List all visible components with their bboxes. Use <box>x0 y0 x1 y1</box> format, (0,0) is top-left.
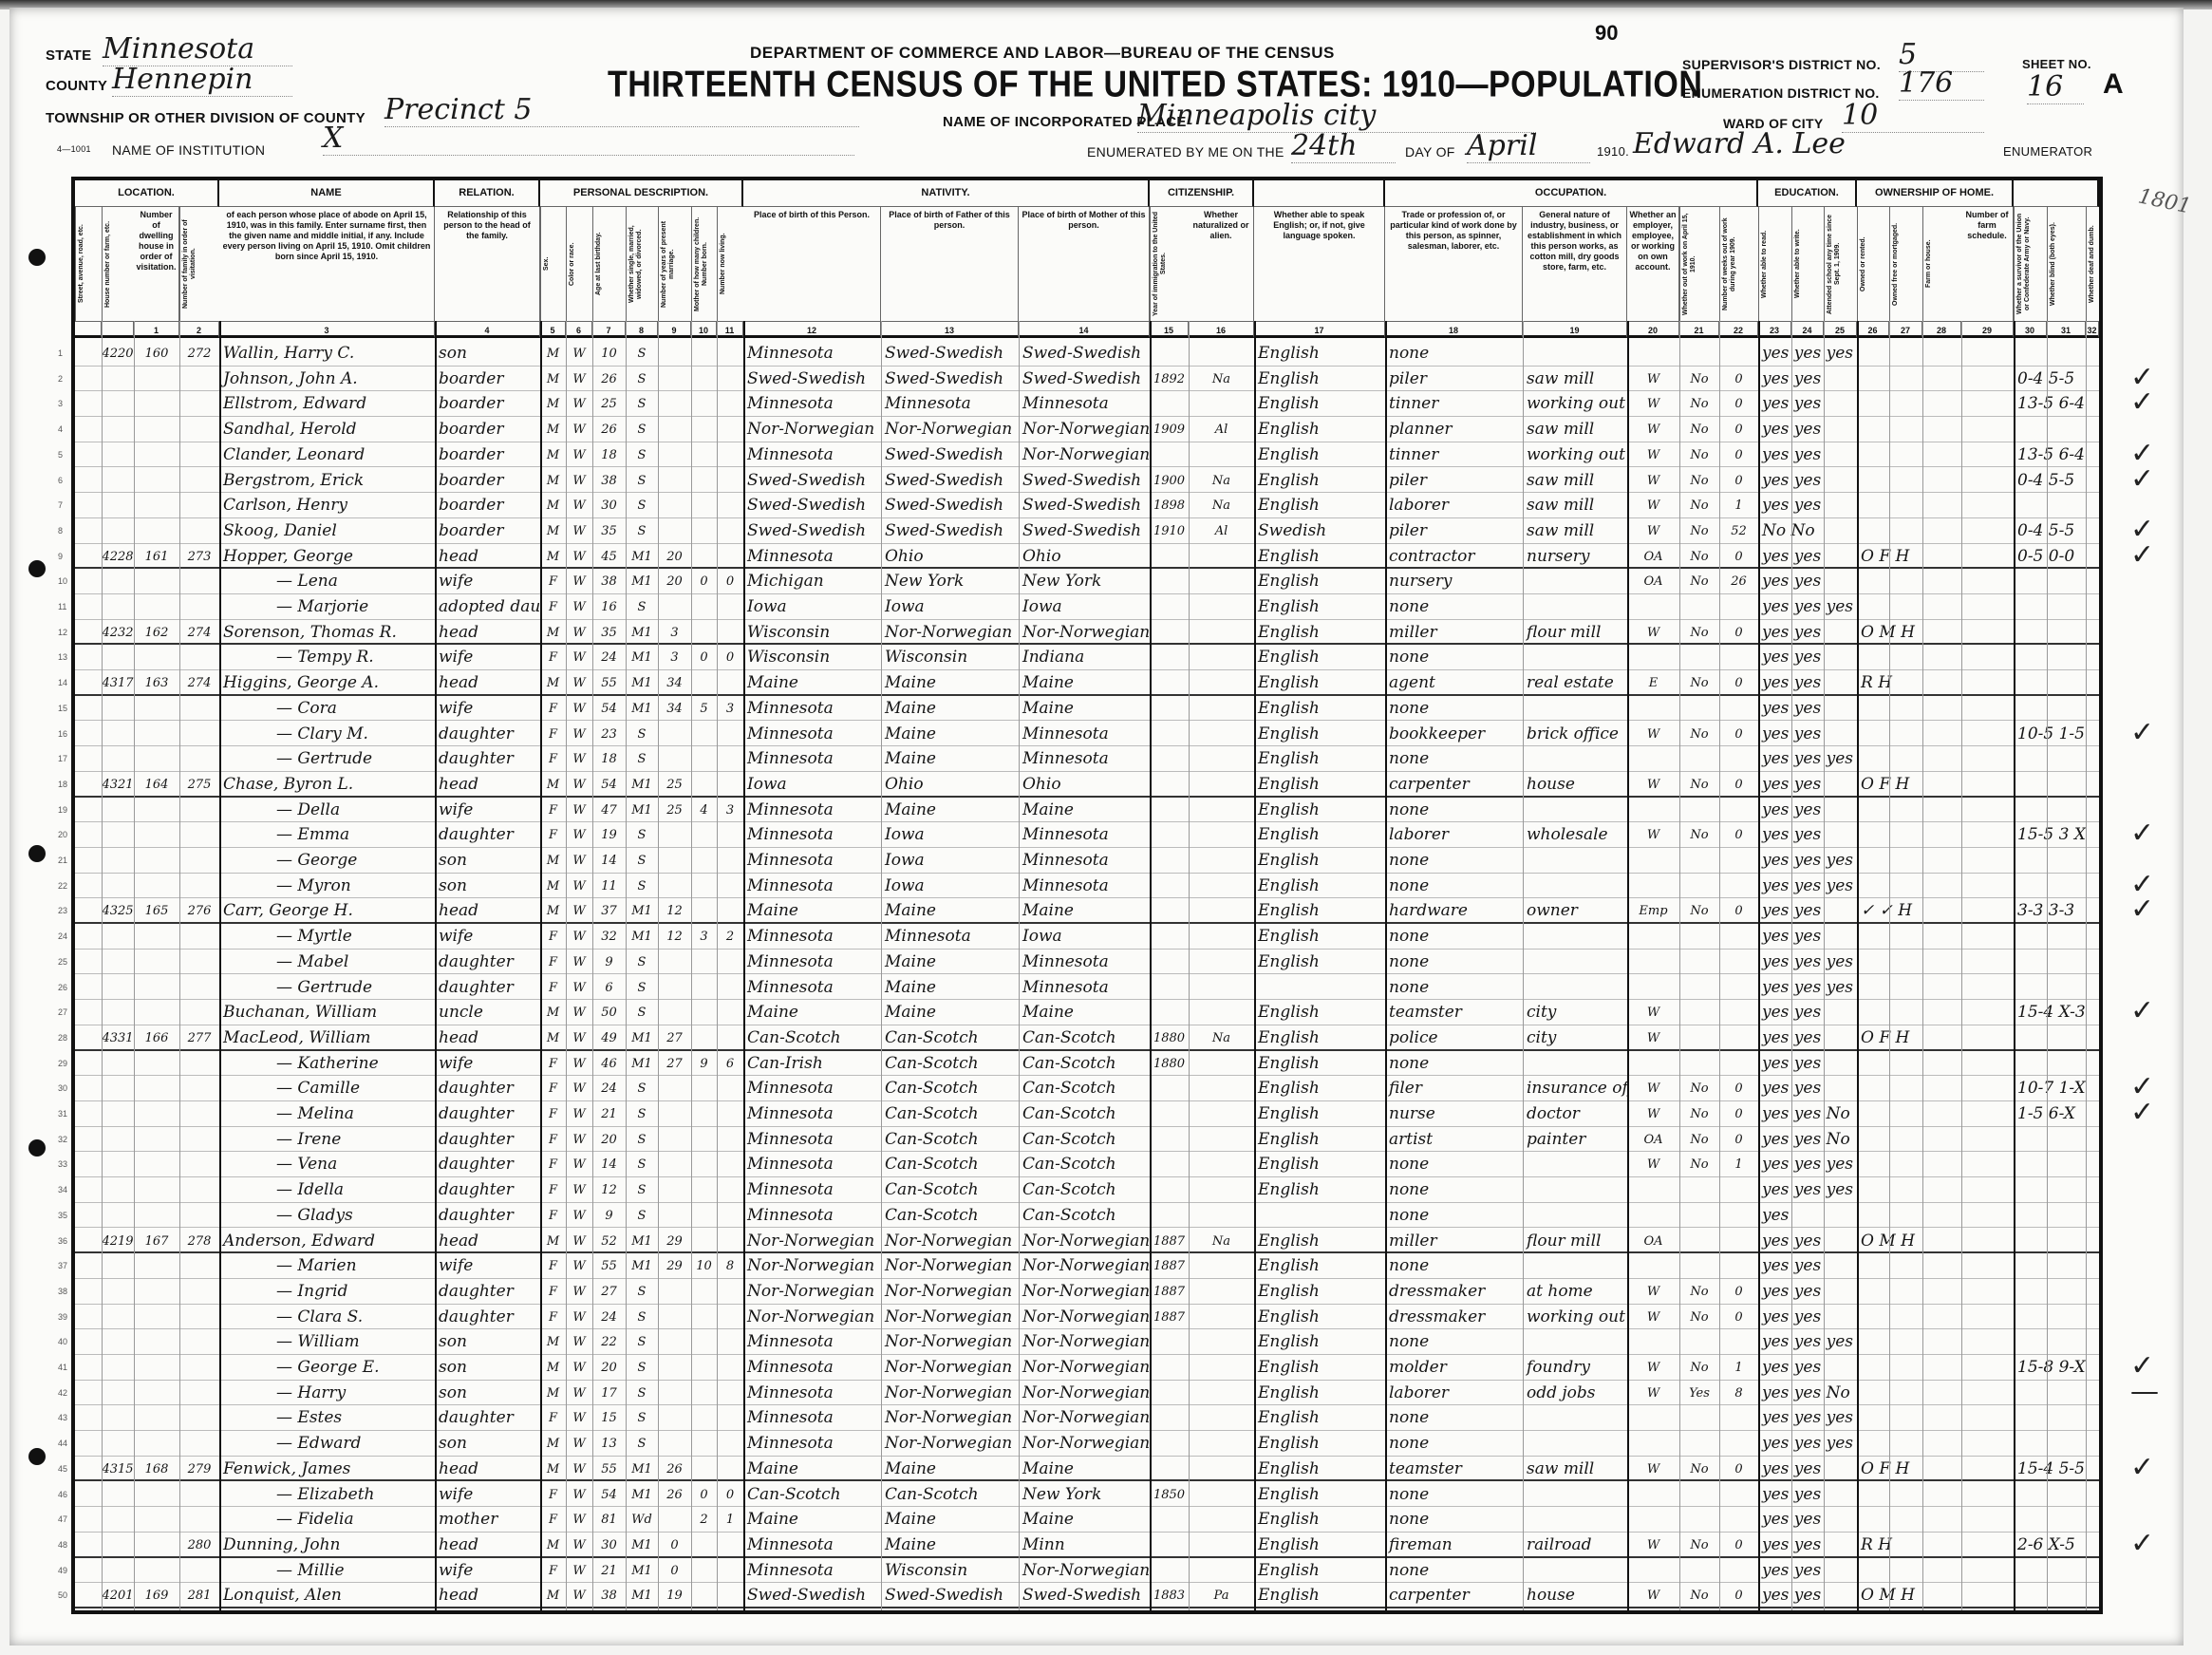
column-number: 10 <box>691 321 717 338</box>
binder-hole <box>28 249 46 266</box>
cell-lang: English <box>1254 1482 1385 1507</box>
cell-nat <box>1189 848 1254 873</box>
cell-race: W <box>566 1152 592 1176</box>
cell-name: Fenwick, James <box>219 1457 435 1480</box>
cell-lang: English <box>1254 569 1385 593</box>
cell-race: W <box>566 594 592 619</box>
cell-lang: English <box>1254 1177 1385 1202</box>
cell-pob: Minnesota <box>743 442 881 467</box>
cell-own <box>1857 1558 2014 1583</box>
cell-mar: S <box>626 1177 658 1202</box>
census-row: 3Ellstrom, EdwardboarderMW25SMinnesotaMi… <box>75 391 2099 417</box>
cell-name: — Clary M. <box>219 722 435 746</box>
cell-sex: F <box>540 1305 566 1329</box>
cell-wks <box>1719 1482 1758 1507</box>
cell-mpob: Maine <box>1019 898 1150 922</box>
cell-fpob: Swed-Swedish <box>881 1583 1019 1607</box>
cell-edu: yes yes yes <box>1758 1431 1857 1456</box>
cell-born <box>691 975 717 1000</box>
cell-ind <box>1523 1482 1627 1507</box>
cell-own <box>1857 493 2014 517</box>
checkmark-icon: — <box>2130 1375 2159 1408</box>
cell-pob: Iowa <box>743 772 881 796</box>
cell-mpob: Maine <box>1019 1457 1150 1480</box>
column-header: Age at last birthday. <box>592 207 626 321</box>
cell-own <box>1857 1203 2014 1228</box>
cell-dwelling: 160 <box>134 341 179 366</box>
cell-imm <box>1150 950 1189 974</box>
cell-occ: agent <box>1385 670 1523 694</box>
column-rule <box>102 321 103 1610</box>
cell-own <box>1857 1482 2014 1507</box>
cell-imm <box>1150 544 1189 568</box>
cell-mar: M1 <box>626 1457 658 1480</box>
cell-ind <box>1523 924 1627 949</box>
cell-born <box>691 822 717 847</box>
cell-own <box>1857 1279 2014 1304</box>
cell-fpob: Maine <box>881 1457 1019 1480</box>
line-number: 49 <box>58 1566 67 1575</box>
cell-own <box>1857 341 2014 366</box>
cell-oow: No <box>1679 468 1719 493</box>
cell-sex: F <box>540 1177 566 1202</box>
cell-emp <box>1627 341 1679 366</box>
cell-fpob: Nor-Norwegian <box>881 1405 1019 1430</box>
cell-edu: yes yes <box>1758 417 1857 442</box>
line-number: 10 <box>58 576 67 586</box>
cell-emp <box>1627 696 1679 721</box>
cell-house: 4325 <box>102 898 134 922</box>
column-header: Whether able to read. <box>1758 207 1791 321</box>
cell-name: Clander, Leonard <box>219 442 435 467</box>
cell-mpob: New York <box>1019 1482 1150 1507</box>
cell-nat <box>1189 1127 1254 1152</box>
cell-race: W <box>566 1279 592 1304</box>
cell-imm: 1887 <box>1150 1229 1189 1252</box>
cell-rel: boarder <box>435 518 540 543</box>
line-number: 48 <box>58 1540 67 1550</box>
cell-fpob: Maine <box>881 1533 1019 1556</box>
cell-own <box>1857 1305 2014 1329</box>
cell-name: — George <box>219 848 435 873</box>
cell-rel: son <box>435 848 540 873</box>
cell-born: 0 <box>691 569 717 593</box>
cell-nat <box>1189 772 1254 796</box>
cell-own <box>1857 1253 2014 1278</box>
cell-nat <box>1189 620 1254 644</box>
column-number: 20 <box>1627 321 1679 338</box>
census-row: 30— CamilledaughterFW24SMinnesotaCan-Sco… <box>75 1076 2099 1101</box>
cell-family <box>179 822 219 847</box>
cell-nat <box>1189 798 1254 822</box>
cell-race: W <box>566 1329 592 1354</box>
cell-age: 24 <box>592 1305 626 1329</box>
cell-race: W <box>566 1101 592 1126</box>
cell-mpob: Can-Scotch <box>1019 1152 1150 1176</box>
cell-age: 30 <box>592 1533 626 1556</box>
line-number: 45 <box>58 1464 67 1474</box>
cell-family <box>179 569 219 593</box>
cell-yrs <box>658 1177 691 1202</box>
cell-sex: M <box>540 1533 566 1556</box>
cell-occ: none <box>1385 1203 1523 1228</box>
cell-emp: W <box>1627 1025 1679 1049</box>
cell-house <box>102 1431 134 1456</box>
cell-imm <box>1150 569 1189 593</box>
column-group: EDUCATION. <box>1758 180 1857 207</box>
cell-occ: nursery <box>1385 569 1523 593</box>
cell-born <box>691 1177 717 1202</box>
column-number: 32 <box>2086 321 2099 338</box>
cell-lang: English <box>1254 391 1385 416</box>
department-line: DEPARTMENT OF COMMERCE AND LABOR—BUREAU … <box>750 44 1335 63</box>
column-header: Owned or rented. <box>1857 207 1889 321</box>
cell-race: W <box>566 1431 592 1456</box>
cell-mar: S <box>626 975 658 1000</box>
cell-family <box>179 1051 219 1076</box>
cell-oow <box>1679 975 1719 1000</box>
census-row: 48280Dunning, JohnheadMW30M10MinnesotaMa… <box>75 1533 2099 1558</box>
cell-living: 0 <box>717 1482 743 1507</box>
cell-lang: English <box>1254 848 1385 873</box>
cell-dwelling <box>134 950 179 974</box>
cell-lang: English <box>1254 1076 1385 1100</box>
cell-house: 4219 <box>102 1229 134 1252</box>
cell-oow: No <box>1679 1152 1719 1176</box>
cell-ind <box>1523 341 1627 366</box>
cell-rel: head <box>435 670 540 694</box>
cell-occ: piler <box>1385 468 1523 493</box>
cell-imm: 1910 <box>1150 518 1189 543</box>
cell-family <box>179 746 219 771</box>
cell-age: 23 <box>592 722 626 746</box>
cell-ind: railroad <box>1523 1533 1627 1556</box>
column-header: Owned free or mortgaged. <box>1889 207 1922 321</box>
cell-family <box>179 1482 219 1507</box>
cell-yrs: 27 <box>658 1051 691 1076</box>
cell-occ: teamster <box>1385 1457 1523 1480</box>
cell-imm <box>1150 746 1189 771</box>
cell-occ: police <box>1385 1025 1523 1049</box>
cell-dwelling <box>134 1329 179 1354</box>
cell-born <box>691 1229 717 1252</box>
cell-age: 18 <box>592 442 626 467</box>
cell-ind: foundry <box>1523 1355 1627 1380</box>
cell-nat <box>1189 391 1254 416</box>
cell-living <box>717 1558 743 1583</box>
cell-imm <box>1150 1127 1189 1152</box>
cell-ind: working out <box>1523 1305 1627 1329</box>
cell-emp <box>1627 1329 1679 1354</box>
cell-lang: English <box>1254 1152 1385 1176</box>
cell-emp: W <box>1627 391 1679 416</box>
census-row: 35— GladysdaughterFW9SMinnesotaCan-Scotc… <box>75 1203 2099 1229</box>
cell-wks: 0 <box>1719 1533 1758 1556</box>
cell-rel: daughter <box>435 1279 540 1304</box>
line-number: 23 <box>58 906 67 915</box>
cell-emp: W <box>1627 1457 1679 1480</box>
county-value: Hennepin <box>112 63 292 97</box>
cell-oow: No <box>1679 518 1719 543</box>
cell-family <box>179 1076 219 1100</box>
cell-born <box>691 1457 717 1480</box>
cell-house <box>102 1329 134 1354</box>
cell-emp: OA <box>1627 569 1679 593</box>
cell-ind: house <box>1523 1583 1627 1607</box>
cell-yrs <box>658 1355 691 1380</box>
cell-yrs: 0 <box>658 1558 691 1583</box>
cell-race: W <box>566 417 592 442</box>
cell-age: 6 <box>592 975 626 1000</box>
cell-mar: S <box>626 1431 658 1456</box>
column-header: Number of weeks out of work during year … <box>1719 207 1758 321</box>
cell-edu: yes yes <box>1758 544 1857 568</box>
cell-race: W <box>566 874 592 898</box>
cell-imm <box>1150 645 1189 669</box>
cell-occ: contractor <box>1385 544 1523 568</box>
cell-living <box>717 493 743 517</box>
cell-wks: 0 <box>1719 1127 1758 1152</box>
line-number: 46 <box>58 1490 67 1499</box>
cell-fpob: Iowa <box>881 822 1019 847</box>
cell-emp: E <box>1627 670 1679 694</box>
cell-living <box>717 468 743 493</box>
cell-dwelling <box>134 1177 179 1202</box>
cell-mpob: Nor-Norwegian <box>1019 1229 1150 1252</box>
line-number: 41 <box>58 1363 67 1372</box>
cell-born <box>691 1431 717 1456</box>
cell-dwelling <box>134 798 179 822</box>
cell-dwelling <box>134 848 179 873</box>
cell-edu: yes yes <box>1758 569 1857 593</box>
cell-age: 52 <box>592 1229 626 1252</box>
cell-wks <box>1719 341 1758 366</box>
cell-pob: Minnesota <box>743 1177 881 1202</box>
cell-nat: Al <box>1189 417 1254 442</box>
cell-wks <box>1719 1507 1758 1532</box>
cell-lang: English <box>1254 874 1385 898</box>
cell-nat <box>1189 1305 1254 1329</box>
cell-dwelling <box>134 1533 179 1556</box>
cell-ind <box>1523 1152 1627 1176</box>
cell-imm <box>1150 1405 1189 1430</box>
cell-name: — Millie <box>219 1558 435 1583</box>
cell-wks: 1 <box>1719 1355 1758 1380</box>
cell-own <box>1857 722 2014 746</box>
cell-rel: son <box>435 341 540 366</box>
cell-own <box>1857 391 2014 416</box>
cell-house: 4321 <box>102 772 134 796</box>
cell-rel: son <box>435 1329 540 1354</box>
cell-dwelling <box>134 1076 179 1100</box>
cell-born <box>691 1558 717 1583</box>
cell-imm: 1880 <box>1150 1051 1189 1076</box>
census-row: 11— Marjorieadopted daughterFW16SIowaIow… <box>75 594 2099 620</box>
census-row: 40— WilliamsonMW22SMinnesotaNor-Norwegia… <box>75 1329 2099 1355</box>
cell-nat <box>1189 1431 1254 1456</box>
cell-rel: boarder <box>435 391 540 416</box>
cell-mpob: Can-Scotch <box>1019 1076 1150 1100</box>
cell-name: — Katherine <box>219 1051 435 1076</box>
cell-born <box>691 1405 717 1430</box>
column-group <box>1254 180 1385 207</box>
cell-born <box>691 1000 717 1025</box>
cell-living <box>717 1381 743 1405</box>
line-number: 33 <box>58 1159 67 1169</box>
cell-fpob: Nor-Norwegian <box>881 620 1019 644</box>
cell-edu: yes yes <box>1758 1279 1857 1304</box>
cell-nat <box>1189 544 1254 568</box>
cell-imm <box>1150 1355 1189 1380</box>
ward-value: 10 <box>1842 99 1984 133</box>
cell-occ: none <box>1385 924 1523 949</box>
cell-race: W <box>566 1076 592 1100</box>
cell-mar: S <box>626 1101 658 1126</box>
cell-pob: Maine <box>743 898 881 922</box>
cell-sex: F <box>540 594 566 619</box>
cell-oow <box>1679 950 1719 974</box>
cell-sex: M <box>540 442 566 467</box>
cell-pob: Nor-Norwegian <box>743 1279 881 1304</box>
cell-name: Buchanan, William <box>219 1000 435 1025</box>
cell-mpob: Swed-Swedish <box>1019 341 1150 366</box>
cell-imm: 1887 <box>1150 1253 1189 1278</box>
cell-emp: W <box>1627 722 1679 746</box>
cell-edu: yes yes <box>1758 696 1857 721</box>
cell-oow <box>1679 848 1719 873</box>
cell-mar: S <box>626 822 658 847</box>
cell-born <box>691 950 717 974</box>
binder-hole <box>28 560 46 577</box>
cell-rel: adopted daughter <box>435 594 540 619</box>
cell-rel: wife <box>435 569 540 593</box>
cell-ind: city <box>1523 1025 1627 1049</box>
cell-rel: wife <box>435 798 540 822</box>
cell-oow <box>1679 341 1719 366</box>
cell-mpob: Can-Scotch <box>1019 1025 1150 1049</box>
cell-lang: English <box>1254 1025 1385 1049</box>
cell-lang: English <box>1254 645 1385 669</box>
cell-family <box>179 1405 219 1430</box>
census-row: 6Bergstrom, ErickboarderMW38SSwed-Swedis… <box>75 468 2099 494</box>
cell-ind: saw mill <box>1523 417 1627 442</box>
column-header: Year of immigration to the United States… <box>1150 207 1189 321</box>
cell-family <box>179 1279 219 1304</box>
cell-imm: 1880 <box>1150 1025 1189 1049</box>
cell-mpob: Iowa <box>1019 924 1150 949</box>
cell-sex: M <box>540 898 566 922</box>
cell-age: 37 <box>592 898 626 922</box>
cell-mpob: Minnesota <box>1019 874 1150 898</box>
cell-edu: yes yes <box>1758 1051 1857 1076</box>
cell-born <box>691 442 717 467</box>
cell-mar: M1 <box>626 798 658 822</box>
cell-family <box>179 924 219 949</box>
cell-age: 24 <box>592 645 626 669</box>
cell-age: 21 <box>592 1101 626 1126</box>
cell-occ: none <box>1385 848 1523 873</box>
cell-yrs <box>658 518 691 543</box>
cell-house <box>102 1177 134 1202</box>
cell-family: 281 <box>179 1583 219 1607</box>
cell-name: — Melina <box>219 1101 435 1126</box>
cell-nat <box>1189 1533 1254 1556</box>
census-row: 4Sandhal, HeroldboarderMW26SNor-Norwegia… <box>75 417 2099 442</box>
cell-house <box>102 594 134 619</box>
census-row: 22— MyronsonMW11SMinnesotaIowaMinnesotaE… <box>75 874 2099 899</box>
cell-ind <box>1523 950 1627 974</box>
cell-rel: uncle <box>435 1000 540 1025</box>
cell-race: W <box>566 1457 592 1480</box>
cell-mar: M1 <box>626 1558 658 1583</box>
cell-edu: yes yes <box>1758 772 1857 796</box>
column-rule <box>1679 321 1680 1610</box>
column-header: of each person whose place of abode on A… <box>219 207 435 321</box>
cell-own <box>1857 645 2014 669</box>
day-of-label: DAY OF <box>1405 144 1455 160</box>
cell-lang: English <box>1254 1405 1385 1430</box>
cell-race: W <box>566 1381 592 1405</box>
column-header: Sex. <box>540 207 566 321</box>
census-row: 19— DellawifeFW47M12543MinnesotaMaineMai… <box>75 798 2099 823</box>
cell-mpob: Can-Scotch <box>1019 1177 1150 1202</box>
column-rule <box>626 321 627 1610</box>
line-number: 39 <box>58 1312 67 1322</box>
cell-rel: daughter <box>435 822 540 847</box>
cell-emp: W <box>1627 822 1679 847</box>
cell-yrs: 34 <box>658 696 691 721</box>
line-number: 20 <box>58 830 67 839</box>
cell-name: — Elizabeth <box>219 1482 435 1507</box>
cell-rel: daughter <box>435 722 540 746</box>
line-number: 44 <box>58 1439 67 1448</box>
cell-wks: 0 <box>1719 1457 1758 1480</box>
cell-yrs <box>658 341 691 366</box>
census-row: 25— MabeldaughterFW9SMinnesotaMaineMinne… <box>75 950 2099 975</box>
cell-dwelling <box>134 924 179 949</box>
cell-family <box>179 493 219 517</box>
cell-yrs <box>658 1152 691 1176</box>
cell-name: — Gladys <box>219 1203 435 1228</box>
cell-ind <box>1523 746 1627 771</box>
cell-imm <box>1150 722 1189 746</box>
cell-nat <box>1189 722 1254 746</box>
cell-emp: W <box>1627 1152 1679 1176</box>
cell-living <box>717 518 743 543</box>
cell-occ: none <box>1385 798 1523 822</box>
census-row: 41— George E.sonMW20SMinnesotaNor-Norweg… <box>75 1355 2099 1381</box>
cell-edu: yes yes <box>1758 798 1857 822</box>
cell-sex: M <box>540 1229 566 1252</box>
cell-own <box>1857 1152 2014 1176</box>
cell-own <box>1857 1329 2014 1354</box>
cell-pob: Nor-Norwegian <box>743 1253 881 1278</box>
cell-wks <box>1719 1000 1758 1025</box>
cell-race: W <box>566 468 592 493</box>
cell-sex: M <box>540 874 566 898</box>
cell-mar: M1 <box>626 1533 658 1556</box>
cell-rel: son <box>435 1381 540 1405</box>
ward-label: WARD OF CITY <box>1723 116 1823 131</box>
cell-wks: 0 <box>1719 822 1758 847</box>
cell-house <box>102 1051 134 1076</box>
cell-dwelling: 163 <box>134 670 179 694</box>
cell-lang: English <box>1254 341 1385 366</box>
column-header: Whether naturalized or alien. <box>1189 207 1254 321</box>
cell-born <box>691 417 717 442</box>
cell-pob: Wisconsin <box>743 645 881 669</box>
cell-dwelling <box>134 722 179 746</box>
